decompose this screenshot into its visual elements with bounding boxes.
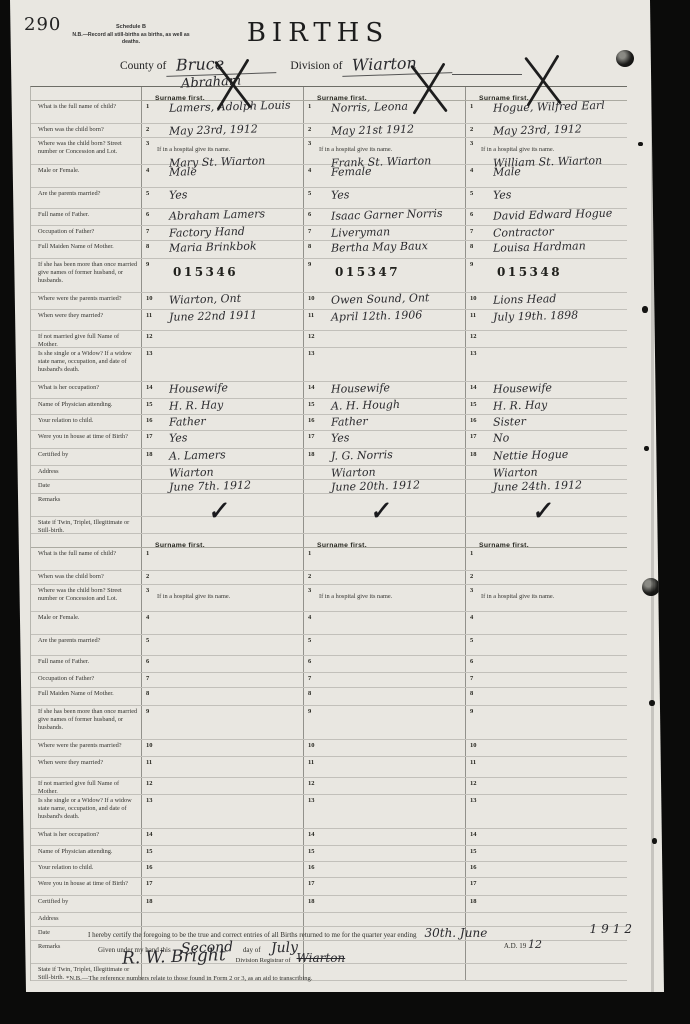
form-row-stamp: If she has been more than once married g…	[31, 259, 627, 293]
punch-hole	[642, 578, 660, 596]
row-number: 18	[308, 898, 315, 905]
row-number: 11	[146, 312, 152, 319]
form-row-widow: Is she single or a Widow? If a widow sta…	[31, 795, 627, 829]
cell-mother_occupation-col1: 14Housewife	[141, 382, 303, 398]
form-row-father_occupation: Occupation of Father?7Factory Hand7Liver…	[31, 226, 627, 241]
row-number: 11	[470, 312, 476, 319]
row-number: 16	[470, 417, 477, 424]
cell-mother_maiden-col3: 8Louisa Hardman	[465, 241, 627, 258]
surname-header-row: Surname first.Surname first.Surname firs…	[31, 534, 627, 548]
row-number: 17	[308, 433, 315, 440]
field-label-sex: Male or Female.	[31, 612, 141, 634]
handwritten-mother_occupation: Housewife	[331, 380, 465, 396]
row-number: 8	[470, 690, 473, 697]
field-label-mother_maiden: Full Maiden Name of Mother.	[31, 241, 141, 258]
row-number: 3	[470, 587, 473, 594]
cell-remarks-col3: ✓	[465, 494, 627, 516]
field-label-mother_occupation: What is her occupation?	[31, 829, 141, 845]
handwritten-certified_by: J. G. Norris	[331, 447, 465, 463]
handwritten-in_house: No	[493, 429, 627, 445]
registrar-place-value: Wiarton	[297, 951, 346, 965]
handwritten-relation: Sister	[493, 413, 627, 429]
form-row-in_house: Were you in house at time of Birth?17Yes…	[31, 431, 627, 449]
row-number: 2	[308, 126, 311, 133]
surname-header-cell-col2: Surname first.	[303, 87, 465, 100]
county-division-line: County of Bruce Division of Wiarton	[120, 54, 522, 75]
row-number: 15	[308, 848, 315, 855]
cell-mother_maiden-col3: 8	[465, 688, 627, 705]
form-row-born_date: When was the child born?2May 23rd, 19122…	[31, 124, 627, 138]
cell-in_house-col2: 17Yes	[303, 431, 465, 448]
cell-in_house-col3: 17No	[465, 431, 627, 448]
page-number: 290	[24, 14, 61, 35]
row-number: 2	[470, 573, 473, 580]
field-label-address: Address	[31, 913, 141, 926]
row-number: 6	[308, 658, 311, 665]
cell-sex-col1: 4	[141, 612, 303, 634]
handwritten-married_place: Owen Sound, Ont	[331, 291, 465, 307]
form-row-mother_maiden: Full Maiden Name of Mother.8Maria Brinkb…	[31, 241, 627, 259]
cell-sex-col2: 4Female	[303, 165, 465, 187]
row-number: 5	[308, 637, 311, 644]
field-label-physician: Name of Physician attending.	[31, 846, 141, 861]
row-number: 12	[470, 333, 477, 340]
row-number: 2	[308, 573, 311, 580]
row-number: 3	[146, 140, 149, 147]
field-label-unmarried_mother: If not married give full Name of Mother.	[31, 331, 141, 347]
field-label-widow: Is she single or a Widow? If a widow sta…	[31, 348, 141, 381]
row-number: 13	[146, 350, 153, 357]
handwritten-father_occupation: Contractor	[493, 224, 627, 240]
row-number: 4	[308, 614, 311, 621]
row-number: 7	[470, 675, 473, 682]
lower-section: Surname first.Surname first.Surname firs…	[31, 534, 627, 981]
row-number: 3	[146, 587, 149, 594]
handwritten-father_occupation: Factory Hand	[169, 224, 303, 240]
cell-father_occupation-col1: 7	[141, 673, 303, 687]
cell-mother_occupation-col3: 14Housewife	[465, 382, 627, 398]
cell-name-col3: 1	[465, 548, 627, 570]
handwritten-married_date: July 19th. 1898	[493, 308, 627, 324]
handwritten-address: Wiarton	[493, 464, 627, 480]
row-number: 16	[308, 417, 315, 424]
row-number: 5	[470, 190, 473, 197]
row-number: 15	[470, 848, 477, 855]
row-number: 3	[470, 140, 473, 147]
cell-parents_married-col3: 5Yes	[465, 188, 627, 208]
form-row-mother_occupation: What is her occupation?141414	[31, 829, 627, 846]
cell-mother_maiden-col1: 8Maria Brinkbok	[141, 241, 303, 258]
row-number: 4	[146, 167, 149, 174]
row-number: 15	[308, 401, 315, 408]
row-number: 11	[146, 759, 152, 766]
division-value: Wiarton	[342, 52, 453, 77]
form-row-born_date: When was the child born?222	[31, 571, 627, 585]
registration-number-stamp: 015348	[497, 265, 627, 279]
row-number: 10	[470, 742, 477, 749]
row-number: 13	[470, 350, 477, 357]
form-row-address: AddressWiartonWiartonWiarton	[31, 466, 627, 480]
row-number: 8	[470, 243, 473, 250]
row-number: 14	[308, 384, 315, 391]
cell-physician-col1: 15H. R. Hay	[141, 399, 303, 414]
form-row-parents_married: Are the parents married?555	[31, 635, 627, 656]
quarter-end-value: 30th. June	[424, 926, 487, 940]
row-number: 15	[146, 848, 153, 855]
field-label-mother_occupation: What is her occupation?	[31, 382, 141, 398]
field-label-parents_married: Are the parents married?	[31, 635, 141, 655]
row-number: 16	[470, 864, 477, 871]
cell-mother_occupation-col2: 14	[303, 829, 465, 845]
cell-born_date-col3: 2May 23rd, 1912	[465, 124, 627, 137]
field-label-certified_by: Certified by	[31, 449, 141, 465]
handwritten-in_house: Yes	[331, 429, 465, 445]
cell-sex-col3: 4	[465, 612, 627, 634]
form-row-physician: Name of Physician attending.15H. R. Hay1…	[31, 399, 627, 415]
cell-relation-col2: 16Father	[303, 415, 465, 430]
form-row-married_date: When were they married?111111	[31, 757, 627, 778]
handwritten-address: Wiarton	[331, 464, 465, 480]
cell-physician-col1: 15	[141, 846, 303, 861]
row-number: 1	[470, 550, 473, 557]
cell-parents_married-col2: 5Yes	[303, 188, 465, 208]
row-number: 4	[146, 614, 149, 621]
row-number: 2	[146, 573, 149, 580]
row-number: 5	[308, 190, 311, 197]
cell-sex-col2: 4	[303, 612, 465, 634]
row-number: 12	[146, 333, 153, 340]
row-number: 14	[470, 384, 477, 391]
surname-header-cell-col3: Surname first.	[465, 534, 627, 547]
cell-certified_by-col1: 18A. Lamers	[141, 449, 303, 465]
handwritten-name: Lamers, Adolph Louis	[169, 99, 303, 115]
cell-relation-col3: 16	[465, 862, 627, 877]
row-number: 9	[308, 261, 311, 268]
cell-mother_maiden-col1: 8	[141, 688, 303, 705]
handwritten-name: Norris, Leona	[331, 99, 465, 115]
cell-certified_by-col3: 18Nettie Hogue	[465, 449, 627, 465]
row-number: 9	[470, 708, 473, 715]
row-number: 10	[308, 295, 315, 302]
cell-father_occupation-col3: 7	[465, 673, 627, 687]
form-row-unmarried_mother: If not married give full Name of Mother.…	[31, 331, 627, 348]
field-label-parents_married: Are the parents married?	[31, 188, 141, 208]
cell-in_house-col3: 17	[465, 878, 627, 895]
row-number: 8	[308, 243, 311, 250]
row-number: 11	[308, 312, 314, 319]
row-number: 18	[470, 451, 477, 458]
cell-widow-col1: 13	[141, 795, 303, 828]
cell-born_place-col1: 3If in a hospital give its name.Mary St.…	[141, 138, 303, 164]
field-label-stamp: If she has been more than once married g…	[31, 706, 141, 739]
cell-born_date-col1: 2	[141, 571, 303, 584]
cell-father_occupation-col3: 7Contractor	[465, 226, 627, 240]
row-number: 14	[308, 831, 315, 838]
row-number: 1	[146, 103, 149, 110]
field-label-date: Date	[31, 480, 141, 493]
row-number: 17	[308, 880, 315, 887]
cell-widow-col3: 13	[465, 348, 627, 381]
cell-mother_maiden-col2: 8	[303, 688, 465, 705]
cell-widow-col1: 13	[141, 348, 303, 381]
field-label-married_date: When were they married?	[31, 757, 141, 777]
row-number: 13	[308, 797, 315, 804]
field-label-father_name: Full name of Father.	[31, 209, 141, 225]
cell-unmarried_mother-col1: 12	[141, 778, 303, 794]
cell-father_name-col2: 6	[303, 656, 465, 672]
field-label-remarks: Remarks	[31, 494, 141, 516]
register-table: Surname first.Surname first.Surname firs…	[30, 86, 627, 981]
cell-born_date-col1: 2May 23rd, 1912	[141, 124, 303, 137]
punch-hole	[616, 50, 634, 67]
row-number: 18	[146, 451, 153, 458]
field-label-name: What is the full name of child?	[31, 548, 141, 570]
hospital-note: If in a hospital give its name.	[481, 592, 554, 600]
row-number: 16	[146, 864, 153, 871]
cell-mother_occupation-col2: 14Housewife	[303, 382, 465, 398]
handwritten-relation: Father	[169, 413, 303, 429]
handwritten-married_place: Wiarton, Ont	[169, 291, 303, 307]
row-number: 4	[470, 167, 473, 174]
row-number: 18	[470, 898, 477, 905]
row-number: 15	[470, 401, 477, 408]
hospital-note: If in a hospital give its name.	[157, 592, 230, 600]
cell-married_date-col3: 11July 19th. 1898	[465, 310, 627, 330]
row-number: 18	[146, 898, 153, 905]
form-row-remarks: Remarks✓✓✓	[31, 494, 627, 517]
row-number: 1	[146, 550, 149, 557]
cell-father_name-col1: 6	[141, 656, 303, 672]
cell-born_place-col2: 3If in a hospital give its name.Frank St…	[303, 138, 465, 164]
field-label-father_name: Full name of Father.	[31, 656, 141, 672]
cell-stamp-col3: 9015348	[465, 259, 627, 292]
row-number: 7	[308, 675, 311, 682]
row-number: 1	[308, 550, 311, 557]
row-number: 9	[146, 708, 149, 715]
form-row-sex: Male or Female.444	[31, 612, 627, 635]
field-label-widow: Is she single or a Widow? If a widow sta…	[31, 795, 141, 828]
cell-stamp-col2: 9	[303, 706, 465, 739]
handwritten-sex: Male	[493, 163, 627, 179]
cell-married_date-col1: 11	[141, 757, 303, 777]
handwritten-mother_maiden: Maria Brinkbok	[169, 239, 303, 255]
field-label-mother_maiden: Full Maiden Name of Mother.	[31, 688, 141, 705]
handwritten-physician: H. R. Hay	[169, 397, 303, 413]
county-value: Bruce	[166, 52, 277, 77]
handwritten-father_name: Isaac Garner Norris	[331, 207, 465, 223]
scan-speck	[649, 700, 655, 706]
cell-unmarried_mother-col2: 12	[303, 778, 465, 794]
registrar-text: Division Registrar of	[236, 957, 291, 964]
field-label-spacer	[31, 87, 141, 100]
quarter-year-value: 1912	[589, 922, 636, 936]
field-label-relation: Your relation to child.	[31, 415, 141, 430]
row-number: 9	[308, 708, 311, 715]
row-number: 13	[470, 797, 477, 804]
form-row-parents_married: Are the parents married?5Yes5Yes5Yes	[31, 188, 627, 209]
form-row-widow: Is she single or a Widow? If a widow sta…	[31, 348, 627, 382]
row-number: 3	[308, 587, 311, 594]
row-number: 14	[146, 831, 153, 838]
field-label-in_house: Were you in house at time of Birth?	[31, 878, 141, 895]
form-row-relation: Your relation to child.16Father16Father1…	[31, 415, 627, 431]
cell-mother_occupation-col1: 14	[141, 829, 303, 845]
cell-parents_married-col1: 5Yes	[141, 188, 303, 208]
cell-father_occupation-col1: 7Factory Hand	[141, 226, 303, 240]
handwritten-born_date: May 23rd, 1912	[169, 122, 303, 138]
cell-twin-col2	[303, 517, 465, 533]
cell-name-col1: 1	[141, 548, 303, 570]
row-number: 14	[146, 384, 153, 391]
hospital-note: If in a hospital give its name.	[157, 145, 230, 153]
form-row-born_place: Where was the child born? Street number …	[31, 585, 627, 612]
form-row-father_name: Full name of Father.6Abraham Lamers6Isaa…	[31, 209, 627, 226]
page-title: BIRTHS	[148, 18, 488, 48]
row-number: 9	[470, 261, 473, 268]
form-row-certified_by: Certified by181818	[31, 896, 627, 913]
handwritten-father_name: Abraham Lamers	[169, 207, 303, 223]
handwritten-father_occupation: Liveryman	[331, 224, 465, 240]
row-number: 4	[308, 167, 311, 174]
row-number: 7	[146, 228, 149, 235]
cell-stamp-col1: 9015346	[141, 259, 303, 292]
cell-remarks-col1: ✓	[141, 494, 303, 516]
handwritten-mother_maiden: Louisa Hardman	[493, 239, 627, 255]
field-label-sex: Male or Female.	[31, 165, 141, 187]
row-number: 4	[470, 614, 473, 621]
cell-relation-col2: 16	[303, 862, 465, 877]
cell-stamp-col1: 9	[141, 706, 303, 739]
handwritten-address: Wiarton	[169, 464, 303, 480]
handwritten-father_name: David Edward Hogue	[493, 207, 627, 223]
field-label-certified_by: Certified by	[31, 896, 141, 912]
row-number: 3	[308, 140, 311, 147]
row-number: 18	[308, 451, 315, 458]
field-label-married_place: Where were the parents married?	[31, 740, 141, 756]
form-row-mother_occupation: What is her occupation?14Housewife14Hous…	[31, 382, 627, 399]
cell-twin-col1	[141, 517, 303, 533]
cell-widow-col2: 13	[303, 348, 465, 381]
field-label-born_date: When was the child born?	[31, 571, 141, 584]
cell-married_date-col2: 11April 12th. 1906	[303, 310, 465, 330]
cell-unmarried_mother-col3: 12	[465, 778, 627, 794]
cell-married_place-col2: 10Owen Sound, Ont	[303, 293, 465, 309]
row-number: 6	[146, 658, 149, 665]
handwritten-certified_by: A. Lamers	[169, 447, 303, 463]
cell-name-col2: 1	[303, 548, 465, 570]
row-number: 10	[146, 742, 153, 749]
header-note-abraham: Abraham	[181, 73, 242, 91]
cell-certified_by-col2: 18J. G. Norris	[303, 449, 465, 465]
row-number: 6	[470, 211, 473, 218]
cell-physician-col3: 15	[465, 846, 627, 861]
form-row-married_date: When were they married?11June 22nd 19111…	[31, 310, 627, 331]
upper-section: Surname first.Surname first.Surname firs…	[31, 87, 627, 534]
form-row-name: What is the full name of child?111	[31, 548, 627, 571]
county-label: County of	[120, 60, 166, 72]
handwritten-married_place: Lions Head	[493, 291, 627, 307]
cell-in_house-col1: 17Yes	[141, 431, 303, 448]
cell-sex-col3: 4Male	[465, 165, 627, 187]
row-number: 1	[470, 103, 473, 110]
field-label-stamp: If she has been more than once married g…	[31, 259, 141, 292]
row-number: 7	[308, 228, 311, 235]
row-number: 6	[470, 658, 473, 665]
row-number: 17	[146, 433, 153, 440]
row-number: 17	[470, 880, 477, 887]
field-label-born_date: When was the child born?	[31, 124, 141, 137]
field-label-unmarried_mother: If not married give full Name of Mother.	[31, 778, 141, 794]
birth-register-page: 290 Schedule B N.B.—Record all still-bir…	[8, 0, 664, 992]
row-number: 8	[308, 690, 311, 697]
cell-unmarried_mother-col3: 12	[465, 331, 627, 347]
handwritten-parents_married: Yes	[169, 186, 303, 202]
form-row-born_place: Where was the child born? Street number …	[31, 138, 627, 165]
row-number: 5	[470, 637, 473, 644]
row-number: 5	[146, 637, 149, 644]
cell-physician-col2: 15A. H. Hough	[303, 399, 465, 414]
cell-married_place-col1: 10	[141, 740, 303, 756]
cell-certified_by-col1: 18	[141, 896, 303, 912]
form-row-relation: Your relation to child.161616	[31, 862, 627, 878]
cell-born_place-col2: 3If in a hospital give its name.	[303, 585, 465, 611]
cell-married_place-col1: 10Wiarton, Ont	[141, 293, 303, 309]
certification-block: I hereby certify the foregoing to be the…	[30, 926, 630, 982]
field-label-relation: Your relation to child.	[31, 862, 141, 877]
cell-father_name-col3: 6	[465, 656, 627, 672]
row-number: 5	[146, 190, 149, 197]
row-number: 6	[146, 211, 149, 218]
cell-born_place-col3: 3If in a hospital give its name.	[465, 585, 627, 611]
cell-father_name-col1: 6Abraham Lamers	[141, 209, 303, 225]
form-row-stamp: If she has been more than once married g…	[31, 706, 627, 740]
handwritten-born_date: May 23rd, 1912	[493, 122, 627, 138]
cell-address-col2	[303, 913, 465, 926]
handwritten-parents_married: Yes	[331, 186, 465, 202]
surname-header-cell-col2: Surname first.	[303, 534, 465, 547]
cell-father_name-col2: 6Isaac Garner Norris	[303, 209, 465, 225]
cell-unmarried_mother-col2: 12	[303, 331, 465, 347]
row-number: 7	[146, 675, 149, 682]
registration-number-stamp: 015346	[173, 265, 303, 279]
registrar-signature: R. W. Bright	[122, 945, 226, 969]
cell-married_place-col2: 10	[303, 740, 465, 756]
form-row-father_occupation: Occupation of Father?777	[31, 673, 627, 688]
row-number: 10	[146, 295, 153, 302]
row-number: 9	[146, 261, 149, 268]
field-label-twin: State if Twin, Triplet, Illegitimate or …	[31, 517, 141, 533]
row-number: 17	[470, 433, 477, 440]
registration-number-stamp: 015347	[335, 265, 465, 279]
cell-born_date-col2: 2	[303, 571, 465, 584]
cell-physician-col2: 15	[303, 846, 465, 861]
hospital-note: If in a hospital give its name.	[319, 145, 392, 153]
handwritten-married_date: June 22nd 1911	[169, 308, 303, 324]
cell-mother_maiden-col2: 8Bertha May Baux	[303, 241, 465, 258]
handwritten-mother_maiden: Bertha May Baux	[331, 239, 465, 255]
certify-text: I hereby certify the foregoing to be the…	[88, 931, 416, 939]
cell-remarks-col2: ✓	[303, 494, 465, 516]
form-row-unmarried_mother: If not married give full Name of Mother.…	[31, 778, 627, 795]
cell-sex-col1: 4Male	[141, 165, 303, 187]
cell-relation-col3: 16Sister	[465, 415, 627, 430]
handwritten-name: Hogue, Wilfred Earl	[493, 99, 627, 115]
cell-in_house-col2: 17	[303, 878, 465, 895]
row-number: 17	[146, 880, 153, 887]
cell-married_date-col2: 11	[303, 757, 465, 777]
handwritten-mother_occupation: Housewife	[169, 380, 303, 396]
form-row-sex: Male or Female.4Male4Female4Male	[31, 165, 627, 188]
